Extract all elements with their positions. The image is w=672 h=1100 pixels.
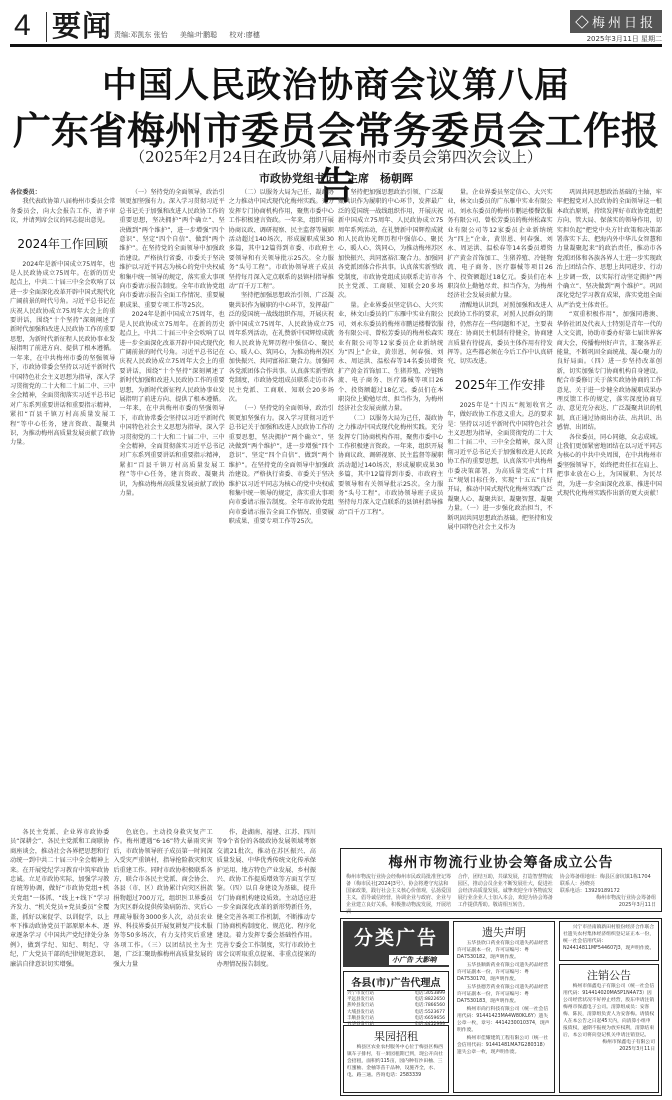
orchard-rental-ad: 果园招租 梅县区农业农村服务中心位于梅县区梅西镇车子排村，有一果园租期已到，现公… <box>343 1025 449 1093</box>
paragraph: 坚持把加强思想政治引领、广泛凝聚共识作为履职的中心环节，发挥最广泛的爱国统一战线… <box>229 291 334 404</box>
paragraph: 量。企业界委员坚定信心、大兴实业，林文山委员的广东雁中实业有限公司、刘永东委员的… <box>447 188 552 301</box>
lost-item: 五华县德芳药业有限公司遗失药品经营许可证副本一份，许可证编号：粤DA753018… <box>457 984 551 1005</box>
column-1: 各位委员： 我代表政协第八届梅州市委员会常务委员会，向大会报告工作，请予审议，并… <box>10 188 115 828</box>
classifieds-banner: 分类广告 小广告 大影响 <box>343 921 449 967</box>
notice-col-3: 协会筹备组地址：梅县区畲坑镇1栋1704 联系人：孙晓亮 联系电话：139291… <box>560 874 656 916</box>
paragraph: （二）以服务大局为己任，凝政协之力推动中国式现代化梅州实践。充分发挥专门协商机构… <box>338 414 443 517</box>
village-notice-text: 兴宁市径南镇新田村股份经济合作联合社遗失农村集体经济组织登记证正本一份，统一社会… <box>563 924 655 952</box>
page-number: 4 <box>14 10 31 42</box>
column-5: 量。企业界委员坚定信心、大兴实业，林文山委员的广东雁中实业有限公司、刘永东委员的… <box>447 188 552 828</box>
lost-notice: 遗失声明 五华县欣口药业有限公司遗失药品经营许可证副本一份，许可证编号：粤DA7… <box>453 921 555 1093</box>
newspaper-name: 梅州日报 <box>592 12 656 31</box>
paragraph: 坚持把加强思想政治引领、广泛凝聚共识作为履职的中心环节，发挥最广泛的爱国统一战线… <box>338 188 443 301</box>
paragraph: 巩固共同思想政治基础的主轴，牢牢把握党对人民政协的全面领导这一根本政治原则，持续… <box>557 188 662 310</box>
orchard-title: 果园招租 <box>347 1028 445 1044</box>
column-6: 巩固共同思想政治基础的主轴，牢牢把握党对人民政协的全面领导这一根本政治原则，持续… <box>557 188 662 828</box>
paragraph: 色底色。主动投身救灾复产工作。梅州遭遇“6·16”特大暴雨灾害后，市政协领导班子… <box>113 828 212 969</box>
ad-agents-title: 各县(市)广告代理点 <box>347 974 445 991</box>
credit-editor: 责编:邓凯东 张怡 <box>114 31 168 39</box>
section-name: 要闻 <box>52 10 112 42</box>
paragraph: 作，赴湖南、福建、江苏、四川等9个省份的各级政协发展领域考察交流21批次，推动在… <box>217 828 316 969</box>
lower-column-2: 色底色。主动投身救灾复产工作。梅州遭遇“6·16”特大暴雨灾害后，市政协领导班子… <box>113 828 212 1096</box>
closing-paragraph: 各位委员，同心同德，众志成城。让我们更加紧密地团结在以习近平同志为核心的中共中央… <box>557 433 662 499</box>
deregistration-notice: 注销公告 梅州市保鑫电子有限公司（统一社会信用代码：914414020MA5P1… <box>559 964 659 1093</box>
notice-signature: 梅州市物流行业协会筹备组 <box>560 895 656 902</box>
classifieds-slogan: 小广告 大影响 <box>389 955 449 965</box>
association-notice: 梅州市物流行业协会筹备成立公告 梅州市物流行业协会经梅州市民政局批准登记筹备（梅… <box>340 848 662 912</box>
lost-item: 梅州市佳耀建筑工程有限公司（统一社会信用代码：91441481MA7G28031… <box>457 1035 551 1056</box>
column-4: 坚持把加强思想政治引领、广泛凝聚共识作为履职的中心环节，发挥最广泛的爱国统一战线… <box>338 188 443 828</box>
article-body-continued: 各民主党派、企业界市政协委员“深耕会”、各民主党派和工商联协商座谈会，推动社会各… <box>10 828 316 1096</box>
column-2: （一）坚持党的全面领导，政治引领更加坚强有力。深入学习贯彻习近平总书记关于加强和… <box>119 188 224 828</box>
paragraph: （一）坚持党的全面领导，政治引领更加坚强有力。深入学习贯彻习近平总书记关于加强和… <box>119 188 224 310</box>
village-lost-notice: 兴宁市径南镇新田村股份经济合作联合社遗失农村集体经济组织登记证正本一份，统一社会… <box>559 921 659 961</box>
notice-phone: 联系电话：13929189172 <box>560 888 656 895</box>
ad-agents-box: 各县(市)广告代理点 兴宁市发行站电话:3053899 平远县发行站电话:882… <box>343 971 449 1023</box>
column-3: （二）以服务大局为己任，凝政协之力推动中国式现代化梅州实践。充分发挥专门协商机构… <box>229 188 334 828</box>
lost-item: 五华县欣口药业有限公司遗失药品经营许可证副本一份，许可证编号：粤DA753018… <box>457 940 551 961</box>
notice-title: 梅州市物流行业协会筹备成立公告 <box>346 852 656 872</box>
logo-emblem-icon <box>575 15 589 29</box>
paragraph: 2025年是“十四五”规划收官之年，做好政协工作意义重大。总的要求是：坚持以习近… <box>447 401 552 533</box>
paragraph: 各民主党派、企业界市政协委员“深耕会”、各民主党派和工商联协商座谈会，推动社会各… <box>10 828 109 969</box>
deregistration-date: 2025年3月11日 <box>563 1046 655 1053</box>
masthead: 4 要闻 责编:邓凯东 张怡 美编:叶鹏聪 校对:廖穗 梅州日报 2025年3月… <box>10 8 662 46</box>
section-title-review: 2024年工作回顾 <box>10 234 115 254</box>
deregistration-signature: 梅州市保鑫电子有限公司 <box>563 1039 655 1046</box>
paragraph: （二）以服务大局为己任，凝政协之力推动中国式现代化梅州实践。充分发挥专门协商机构… <box>229 188 334 291</box>
deregistration-title: 注销公告 <box>563 967 655 983</box>
notice-contact: 联系人：孙晓亮 <box>560 881 656 888</box>
byline: 市政协党组书记、主席 杨朝晖 <box>0 170 672 186</box>
publication-date: 2025年3月11日 星期二 <box>587 34 662 44</box>
newspaper-logo: 梅州日报 <box>570 10 662 33</box>
classified-ads: 分类广告 小广告 大影响 各县(市)广告代理点 兴宁市发行站电话:3053899… <box>340 918 662 1096</box>
classifieds-title: 分类广告 <box>343 921 449 950</box>
deregistration-text: 梅州市保鑫电子有限公司（统一社会信用代码：914414020MA5P1N4A73… <box>563 983 655 1039</box>
notice-col-2: 合作，团结互助，共谋发展，打造智慧物流园区，推动会员企业不断发展壮大，促进社会经… <box>458 874 554 916</box>
subheadline: （2025年2月24日在政协第八届梅州市委员会第四次会议上） <box>0 146 672 167</box>
notice-col-1: 梅州市物流行业协会经梅州市民政局批准登记筹备（梅市民社[2024]3号）。协会将… <box>346 874 452 916</box>
section-title-plan: 2025年工作安排 <box>447 375 552 395</box>
intro-paragraph: 我代表政协第八届梅州市委员会常务委员会，向大会报告工作，请予审议，并请列席会议的… <box>10 197 115 225</box>
article-body: 各位委员： 我代表政协第八届梅州市委员会常务委员会，向大会报告工作，请予审议，并… <box>10 188 662 828</box>
paragraph: 量。企业界委员坚定信心、大兴实业，林文山委员的广东雁中实业有限公司、刘永东委员的… <box>338 301 443 414</box>
paragraph: 2024年是新中国成立75周年，也是人民政协成立75周年。在新的历史起点上，中共… <box>10 260 115 448</box>
editor-credits: 责编:邓凯东 张怡 美编:叶鹏聪 校对:廖穗 <box>114 30 270 40</box>
notice-address: 协会筹备组地址：梅县区畲坑镇1栋1704 <box>560 874 656 881</box>
paragraph: （一）坚持党的全面领导，政治引领更加坚强有力。深入学习贯彻习近平总书记关于加强和… <box>229 404 334 526</box>
credit-designer: 美编:叶鹏聪 <box>180 31 217 39</box>
salutation: 各位委员： <box>10 188 115 197</box>
paragraph: 清醒地认识到，对照加强和改进人民政协工作的要求，对照人民群众的期待，仍然存在一些… <box>447 301 552 367</box>
paragraph: “双重积极作用”，加强同港澳、华侨社团及代表人士特别是青年一代的人文交流，协助市… <box>557 310 662 432</box>
lost-item: 梅州市尚行科技有限公司（统一社会信用代码：91441423MA4W80KL6Y）… <box>457 1006 551 1034</box>
header-rule <box>10 44 662 47</box>
notice-date: 2025年3月11日 <box>560 902 656 909</box>
lower-column-1: 各民主党派、企业界市政协委员“深耕会”、各民主党派和工商联协商座谈会，推动社会各… <box>10 828 109 1096</box>
notice-body: 梅州市物流行业协会经梅州市民政局批准登记筹备（梅市民社[2024]3号）。协会将… <box>346 874 656 916</box>
lost-item: 五华县顺新药业有限公司遗失药品经营许可证副本一份，许可证编号：粤DA753017… <box>457 962 551 983</box>
paragraph: 2024年是新中国成立75周年，也是人民政协成立75周年。在新的历史起点上，中共… <box>119 310 224 498</box>
lost-notice-title: 遗失声明 <box>457 924 551 940</box>
orchard-text: 梅县区农业农村服务中心位于梅县区梅西镇车子排村，有一果园租期已到，现公开向社会招… <box>347 1044 445 1079</box>
lower-column-3: 作，赴湖南、福建、江苏、四川等9个省份的各级政协发展领域考察交流21批次，推动在… <box>217 828 316 1096</box>
page-separator <box>46 12 47 42</box>
credit-proofreader: 校对:廖穗 <box>229 31 259 39</box>
